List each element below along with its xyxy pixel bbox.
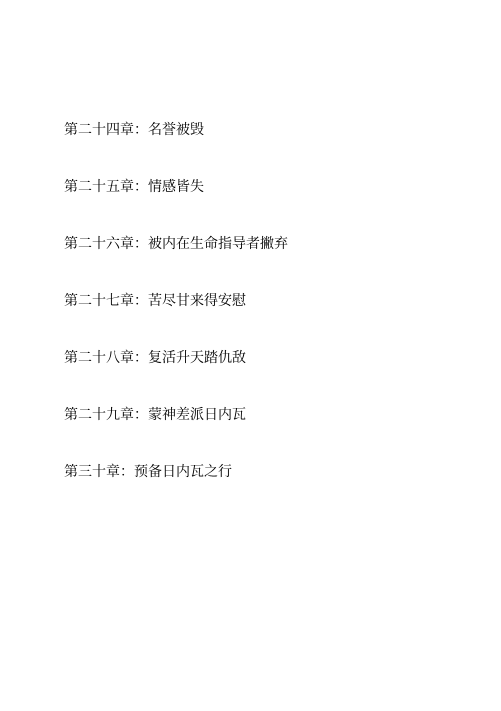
toc-line-chapter-24: 第二十四章：名誉被毁 bbox=[64, 121, 288, 140]
document-page: 第二十四章：名誉被毁 第二十五章：情感皆失 第二十六章：被内在生命指导者撇弃 第… bbox=[0, 0, 501, 711]
toc-line-chapter-27: 第二十七章：苦尽甘来得安慰 bbox=[64, 292, 288, 311]
toc-line-chapter-30: 第三十章：预备日内瓦之行 bbox=[64, 463, 288, 482]
table-of-contents: 第二十四章：名誉被毁 第二十五章：情感皆失 第二十六章：被内在生命指导者撇弃 第… bbox=[64, 83, 288, 520]
toc-line-chapter-29: 第二十九章：蒙神差派日内瓦 bbox=[64, 406, 288, 425]
toc-line-chapter-25: 第二十五章：情感皆失 bbox=[64, 178, 288, 197]
toc-line-chapter-26: 第二十六章：被内在生命指导者撇弃 bbox=[64, 235, 288, 254]
toc-line-chapter-28: 第二十八章：复活升天踏仇敌 bbox=[64, 349, 288, 368]
